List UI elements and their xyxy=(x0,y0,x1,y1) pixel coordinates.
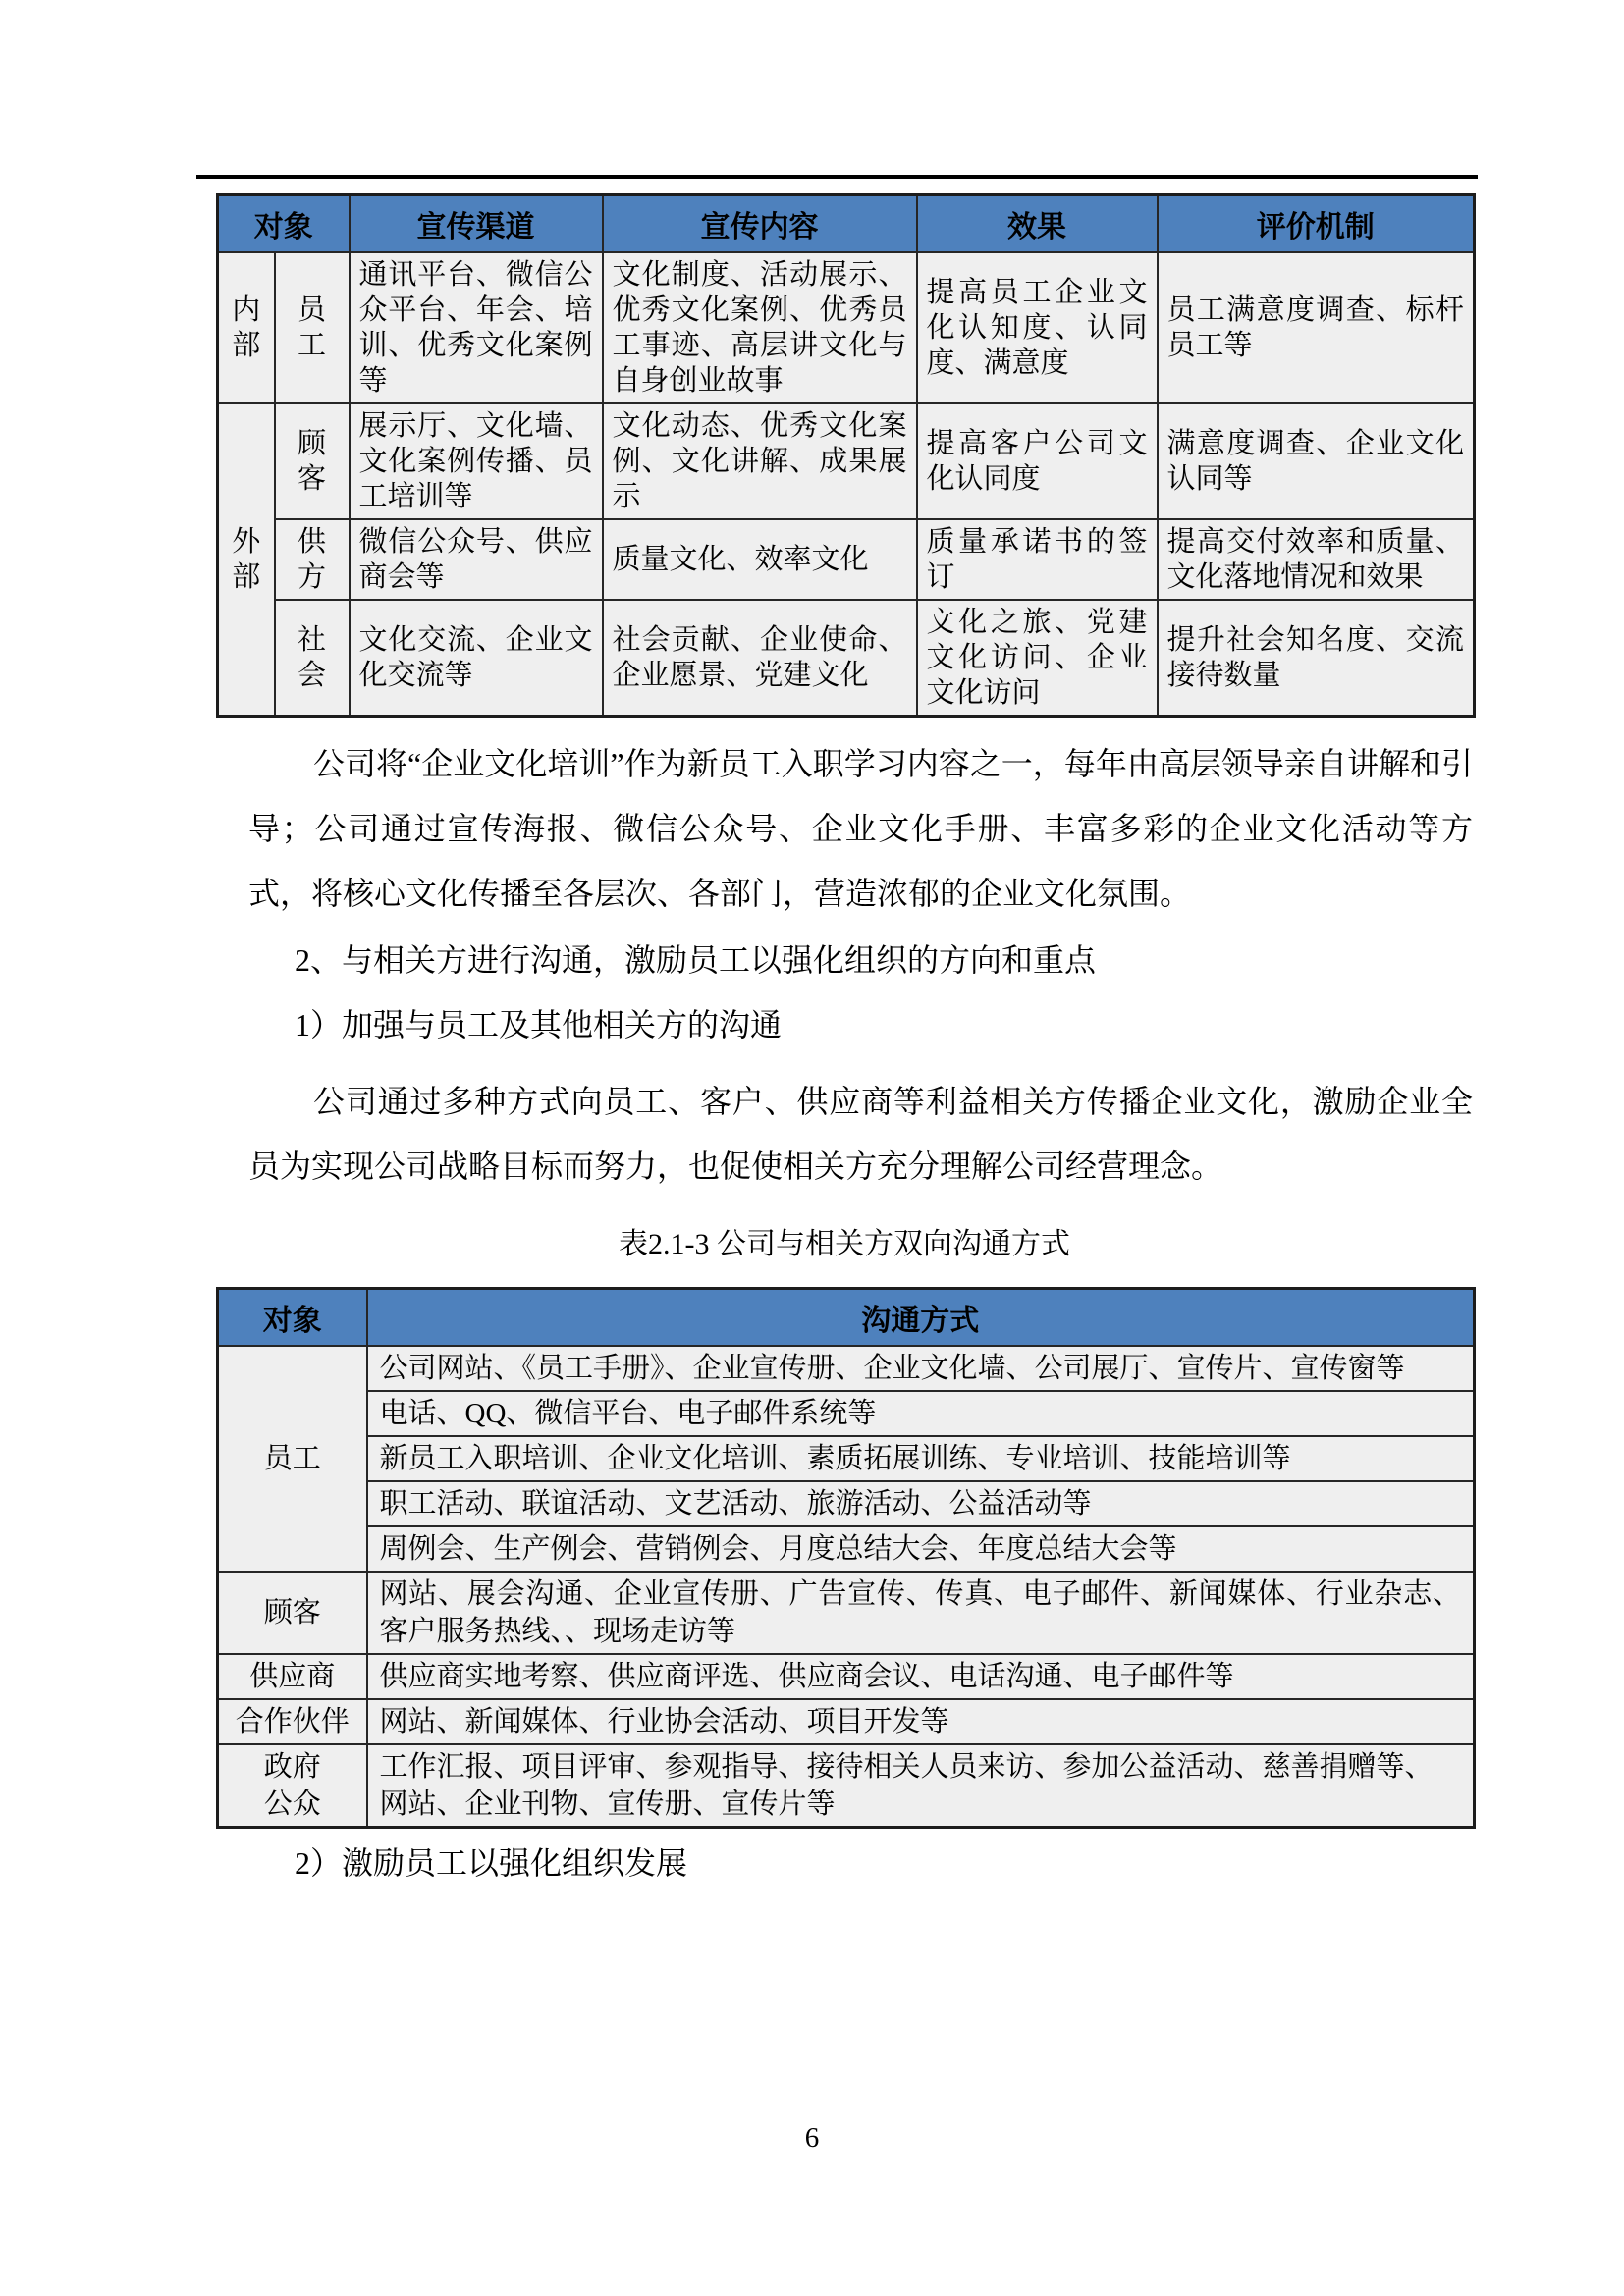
group-label: 内部 xyxy=(232,293,260,363)
heading-communicate-stakeholders: 2、与相关方进行沟通，激励员工以强化组织的方向和重点 xyxy=(295,930,1473,990)
target-label-cell: 政府 公众 xyxy=(218,1744,367,1828)
table-row-external-society: 社会 文化交流、企业文化交流等 社会贡献、企业使命、企业愿景、党建文化 文化之旅… xyxy=(218,600,1475,717)
table-row-external-supplier: 供方 微信公众号、供应商会等 质量文化、效率文化 质量承诺书的签订 提高交付效率… xyxy=(218,519,1475,600)
channel-cell: 展示厅、文化墙、文化案例传播、员工培训等 xyxy=(350,403,603,519)
document-page: { "page": { "number": "6" }, "table1": {… xyxy=(0,0,1624,2296)
target-label: 员工 xyxy=(298,293,326,363)
table-row-employee: 新员工入职培训、企业文化培训、素质拓展训练、专业培训、技能培训等 xyxy=(218,1436,1475,1481)
evaluation-cell: 满意度调查、企业文化认同等 xyxy=(1158,403,1475,519)
table-row-customer: 顾客 网站、展会沟通、企业宣传册、广告宣传、传真、电子邮件、新闻媒体、行业杂志、… xyxy=(218,1572,1475,1654)
method-cell: 职工活动、联谊活动、文艺活动、旅游活动、公益活动等 xyxy=(367,1481,1475,1526)
group-label: 外部 xyxy=(232,524,260,595)
table1-header-evaluation: 评价机制 xyxy=(1158,195,1475,253)
method-cell: 工作汇报、项目评审、参观指导、接待相关人员来访、参加公益活动、慈善捐赠等、 网站… xyxy=(367,1744,1475,1828)
target-label-cell: 顾客 xyxy=(218,1572,367,1654)
method-cell: 网站、新闻媒体、行业协会活动、项目开发等 xyxy=(367,1699,1475,1744)
table1-header-channel: 宣传渠道 xyxy=(350,195,603,253)
paragraph-communication-methods: 公司通过多种方式向员工、客户、供应商等利益相关方传播企业文化，激励企业全员为实现… xyxy=(248,1069,1473,1199)
table-row-internal-employee: 内部 员工 通讯平台、微信公众平台、年会、培训、优秀文化案例等 文化制度、活动展… xyxy=(218,252,1475,403)
method-cell: 公司网站、《员工手册》、企业宣传册、企业文化墙、公司展厅、宣传片、宣传窗等 xyxy=(367,1346,1475,1391)
table1-header-object: 对象 xyxy=(218,195,350,253)
content-cell: 社会贡献、企业使命、企业愿景、党建文化 xyxy=(603,600,917,717)
channel-cell: 通讯平台、微信公众平台、年会、培训、优秀文化案例等 xyxy=(350,252,603,403)
method-cell: 周例会、生产例会、营销例会、月度总结大会、年度总结大会等 xyxy=(367,1526,1475,1572)
page-number: 6 xyxy=(0,2122,1624,2155)
target-label: 顾客 xyxy=(298,426,326,497)
table1-header-effect: 效果 xyxy=(917,195,1158,253)
table2-header-object: 对象 xyxy=(218,1289,367,1347)
target-label-cell: 员工 xyxy=(218,1346,367,1572)
table-row-external-customer: 外部 顾客 展示厅、文化墙、文化案例传播、员工培训等 文化动态、优秀文化案例、文… xyxy=(218,403,1475,519)
effect-cell: 提高客户公司文化认同度 xyxy=(917,403,1158,519)
table-row-partner: 合作伙伴 网站、新闻媒体、行业协会活动、项目开发等 xyxy=(218,1699,1475,1744)
target-label: 供方 xyxy=(298,524,326,595)
method-cell: 新员工入职培训、企业文化培训、素质拓展训练、专业培训、技能培训等 xyxy=(367,1436,1475,1481)
table-row-employee: 职工活动、联谊活动、文艺活动、旅游活动、公益活动等 xyxy=(218,1481,1475,1526)
target-label-cell: 顾客 xyxy=(275,403,350,519)
page-header-rule xyxy=(196,175,1478,179)
channel-cell: 文化交流、企业文化交流等 xyxy=(350,600,603,717)
evaluation-cell: 提高交付效率和质量、文化落地情况和效果 xyxy=(1158,519,1475,600)
table-row-government-public: 政府 公众 工作汇报、项目评审、参观指导、接待相关人员来访、参加公益活动、慈善捐… xyxy=(218,1744,1475,1828)
table-row-employee: 电话、QQ、微信平台、电子邮件系统等 xyxy=(218,1391,1475,1436)
page-content: 对象 宣传渠道 宣传内容 效果 评价机制 内部 员工 通讯平台、微信公众平台、年… xyxy=(216,193,1473,1894)
target-label-cell: 供应商 xyxy=(218,1654,367,1699)
method-cell: 电话、QQ、微信平台、电子邮件系统等 xyxy=(367,1391,1475,1436)
table-row-employee: 周例会、生产例会、营销例会、月度总结大会、年度总结大会等 xyxy=(218,1526,1475,1572)
target-label-cell: 员工 xyxy=(275,252,350,403)
table1-header-content: 宣传内容 xyxy=(603,195,917,253)
effect-cell: 文化之旅、党建文化访问、企业文化访问 xyxy=(917,600,1158,717)
paragraph-culture-training: 公司将“企业文化培训”作为新员工入职学习内容之一，每年由高层领导亲自讲解和引导；… xyxy=(248,731,1473,926)
target-label: 社会 xyxy=(298,622,326,693)
content-cell: 质量文化、效率文化 xyxy=(603,519,917,600)
method-cell: 网站、展会沟通、企业宣传册、广告宣传、传真、电子邮件、新闻媒体、行业杂志、客户服… xyxy=(367,1572,1475,1654)
promotion-channels-table: 对象 宣传渠道 宣传内容 效果 评价机制 内部 员工 通讯平台、微信公众平台、年… xyxy=(216,193,1476,718)
effect-cell: 质量承诺书的签订 xyxy=(917,519,1158,600)
channel-cell: 微信公众号、供应商会等 xyxy=(350,519,603,600)
content-cell: 文化动态、优秀文化案例、文化讲解、成果展示 xyxy=(603,403,917,519)
content-cell: 文化制度、活动展示、优秀文化案例、优秀员工事迹、高层讲文化与自身创业故事 xyxy=(603,252,917,403)
target-label-cell: 合作伙伴 xyxy=(218,1699,367,1744)
method-cell: 供应商实地考察、供应商评选、供应商会议、电话沟通、电子邮件等 xyxy=(367,1654,1475,1699)
effect-cell: 提高员工企业文化认知度、认同度、满意度 xyxy=(917,252,1158,403)
target-label-cell: 供方 xyxy=(275,519,350,600)
table2-header-method: 沟通方式 xyxy=(367,1289,1475,1347)
group-label-cell: 内部 xyxy=(218,252,275,403)
communication-methods-table: 对象 沟通方式 员工 公司网站、《员工手册》、企业宣传册、企业文化墙、公司展厅、… xyxy=(216,1287,1476,1829)
heading-motivate-employees: 2）激励员工以强化组织发展 xyxy=(295,1833,1473,1894)
table-row-employee: 员工 公司网站、《员工手册》、企业宣传册、企业文化墙、公司展厅、宣传片、宣传窗等 xyxy=(218,1346,1475,1391)
table-row-supplier: 供应商 供应商实地考察、供应商评选、供应商会议、电话沟通、电子邮件等 xyxy=(218,1654,1475,1699)
table2-header-row: 对象 沟通方式 xyxy=(218,1289,1475,1347)
table2-caption: 表2.1-3 公司与相关方双向沟通方式 xyxy=(216,1224,1473,1265)
table1-header-row: 对象 宣传渠道 宣传内容 效果 评价机制 xyxy=(218,195,1475,253)
target-label-cell: 社会 xyxy=(275,600,350,717)
evaluation-cell: 提升社会知名度、交流接待数量 xyxy=(1158,600,1475,717)
evaluation-cell: 员工满意度调查、标杆员工等 xyxy=(1158,252,1475,403)
group-label-cell: 外部 xyxy=(218,403,275,717)
heading-strengthen-communication: 1）加强与员工及其他相关方的沟通 xyxy=(295,994,1473,1055)
